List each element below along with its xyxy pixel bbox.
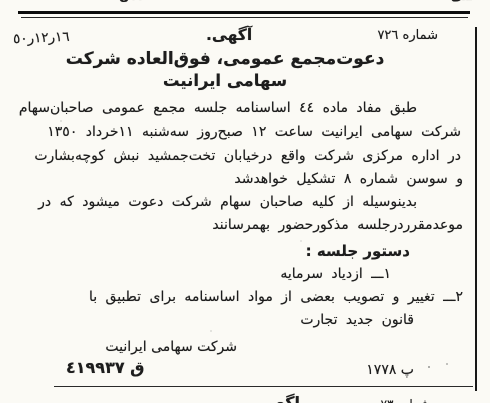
body-paragraph1-line4: و سوسن شماره ٨ تشکیل خواهدشد [234,171,463,187]
top-double-rule [18,11,470,14]
cutoff-text-bottom-center: اگهی [226,393,300,403]
body-paragraph2-line1: بدینوسیله از کلیه صاحبان سهام شرکت دعوت … [38,194,417,210]
cutoff-text-bottom-right: شماره ٧٣ [338,397,430,403]
agenda-item-2-line2: قانون جدید تجارت [300,312,414,328]
column-right-border [475,27,477,391]
body-paragraph2-line2: موعدمقرردرجلسه مذکورحضور بهمرسانند [212,217,463,233]
scan-noise-specks [0,0,2,2]
notice-title-line1: دعوت‌مجمع عمومی، فوق‌العاده شرکت [0,49,450,69]
notice-kicker: آگهی. [206,26,252,44]
scanned-notice-page: شماره ٧٢٦ آگهی. ١٦ر١٢ر٥٠ دعوت‌مجمع عمومی… [0,0,490,403]
notice-date: ١٦ر١٢ر٥٠ [13,29,70,47]
agenda-heading: دستور جلسه : [306,242,410,260]
top-thin-rule [21,17,468,18]
bottom-rule [54,386,473,387]
body-paragraph1-line2: شرکت سهامی ایرانیت ساعت ١٢ صبح‌روز سه‌شن… [47,124,461,140]
registry-number-q: ق ٤١٩٩٣٧ [66,358,144,377]
body-paragraph1-line3: در اداره مرکزی شرکت واقع درخیابان تخت‌جم… [34,148,461,164]
company-signature: شرکت سهامی ایرانیت [105,339,237,355]
agenda-item-2-line1: ٢ـــ تغییر و تصویب بعضی از مواد اساسنامه… [89,289,463,305]
cutoff-text-top-right-glyphs: ـلى [420,0,472,3]
notice-serial-number: شماره ٧٢٦ [377,28,438,43]
cutoff-text-top-left: ١٧ن [98,0,144,7]
cutoff-text-top-left-glyphs: ١٧ن [98,0,144,3]
notice-title-line2: سهامی ایرانیت [0,71,450,90]
registry-number-p: پ ١٧٧٨ [366,362,414,378]
body-paragraph1-line1: طبق مفاد ماده ٤٤ اساسنامه جلسه مجمع عموم… [19,100,417,116]
cutoff-text-top-right: ـلى [420,0,472,6]
agenda-item-1: ١ـــ ازدیاد سرمایه [280,266,391,282]
